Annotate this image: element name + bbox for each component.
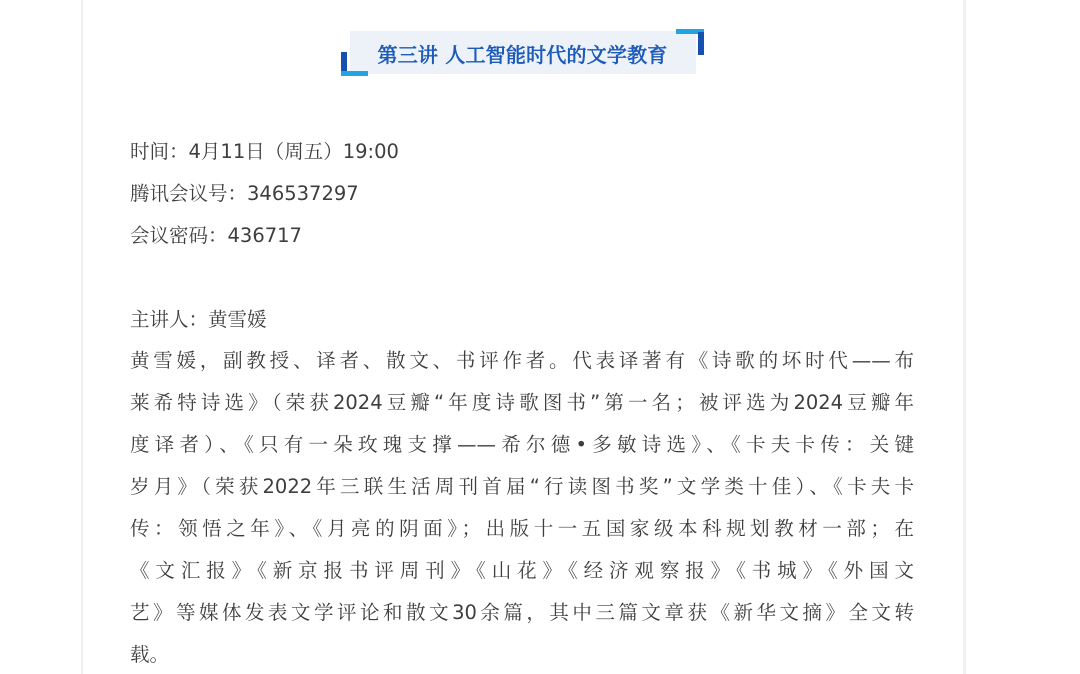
lecture-title: 第三讲 人工智能时代的文学教育 bbox=[341, 29, 704, 77]
speaker-bio-line: 载。 bbox=[130, 641, 169, 669]
meeting-time: 时间：4月11日（周五）19:00 bbox=[130, 138, 399, 166]
lecture-title-banner: 第三讲 人工智能时代的文学教育 bbox=[341, 29, 704, 77]
speaker-bio-line: 度译者）、《只有一朵玫瑰支撑——希尔德•多敏诗选》、《卡夫卡传：关键 bbox=[130, 431, 914, 459]
speaker-bio-line: 《文汇报》《新京报书评周刊》《山花》《经济观察报》《书城》《外国文 bbox=[130, 557, 914, 585]
meeting-id: 腾讯会议号：346537297 bbox=[130, 180, 359, 208]
page-left-edge bbox=[81, 0, 83, 674]
speaker-heading: 主讲人：黄雪媛 bbox=[130, 306, 267, 334]
speaker-bio-line: 传：领悟之年》、《月亮的阴面》；出版十一五国家级本科规划教材一部；在 bbox=[130, 515, 914, 543]
page-right-edge bbox=[963, 0, 966, 674]
speaker-bio-line: 艺》等媒体发表文学评论和散文30余篇，其中三篇文章获《新华文摘》全文转 bbox=[130, 599, 914, 627]
meeting-password: 会议密码：436717 bbox=[130, 222, 302, 250]
speaker-bio-line: 黄雪媛，副教授、译者、散文、书评作者。代表译著有《诗歌的坏时代——布 bbox=[130, 347, 914, 375]
speaker-bio-line: 岁月》（荣获2022年三联生活周刊首届“行读图书奖”文学类十佳）、《卡夫卡 bbox=[130, 473, 914, 501]
speaker-bio-line: 莱希特诗选》（荣获2024豆瓣“年度诗歌图书”第一名；被评选为2024豆瓣年 bbox=[130, 389, 914, 417]
